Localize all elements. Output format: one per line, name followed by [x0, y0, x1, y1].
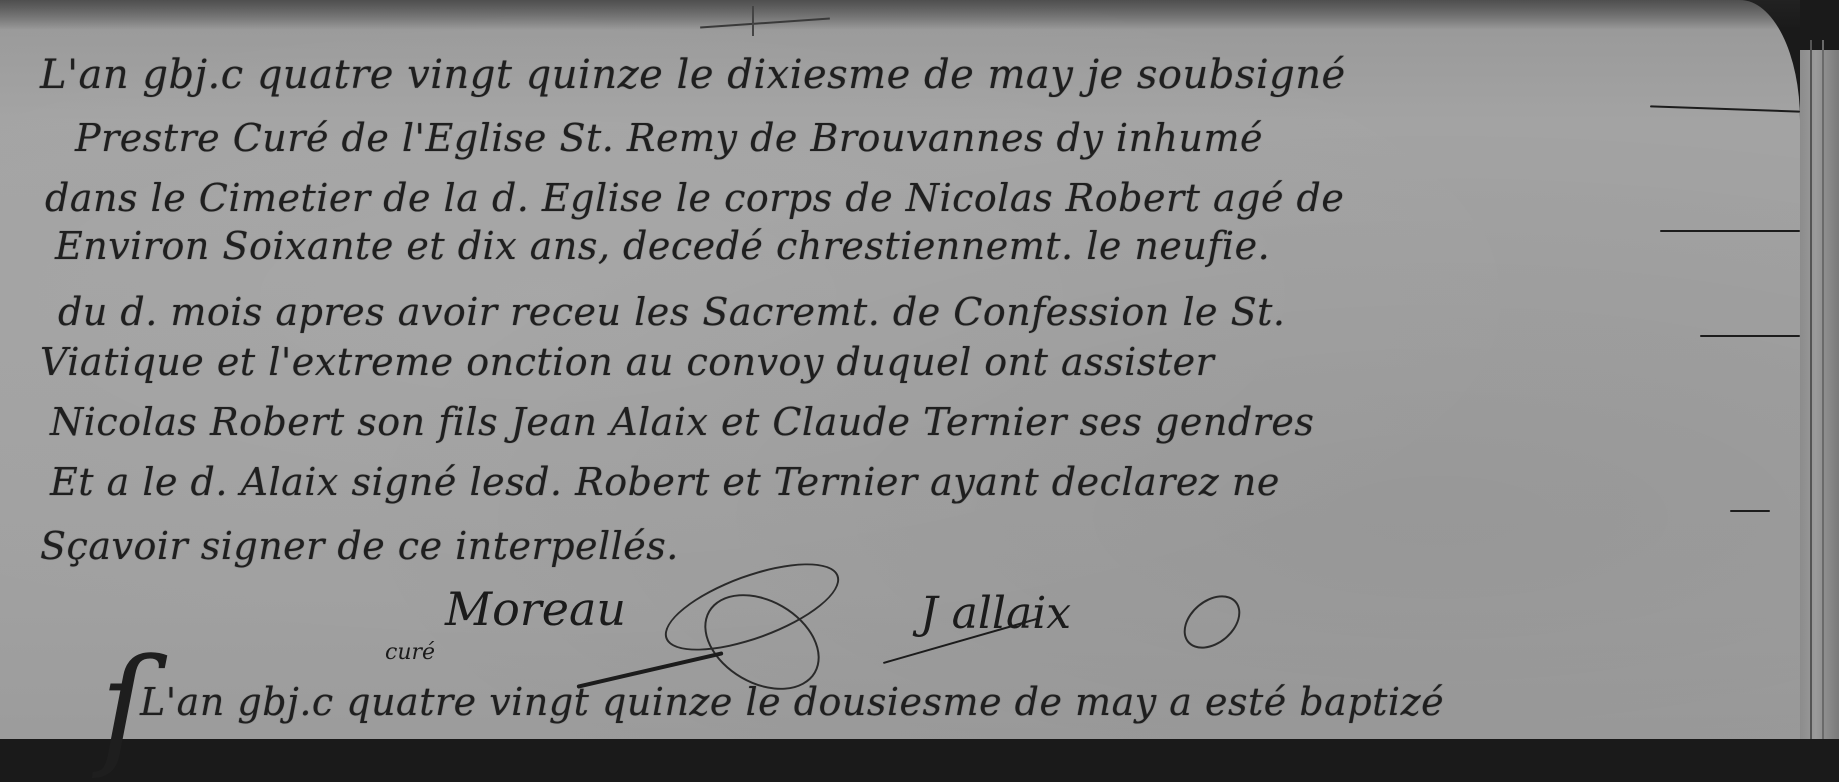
text-line-8: Et a le d. Alaix signé lesd. Robert et T… — [50, 460, 1280, 504]
page-edge — [1800, 50, 1839, 739]
page-top-tick — [752, 6, 754, 36]
text-line-5: du d. mois apres avoir receu les Sacremt… — [58, 290, 1285, 334]
text-line-6: Viatique et l'extreme onction au convoy … — [40, 340, 1214, 384]
page-edge-line — [1822, 40, 1824, 739]
text-line-9: Sçavoir signer de ce interpellés. — [40, 524, 679, 568]
text-line-1: L'an gbj.c quatre vingt quinze le dixies… — [40, 52, 1346, 98]
text-line-2: Prestre Curé de l'Eglise St. Remy de Bro… — [75, 116, 1263, 160]
line-filler-stroke — [1700, 335, 1800, 337]
text-line-7: Nicolas Robert son fils Jean Alaix et Cl… — [50, 400, 1314, 444]
signature-cure: Moreau — [445, 582, 626, 636]
page-top-mark — [700, 17, 830, 28]
text-line-3: dans le Cimetier de la d. Eglise le corp… — [45, 176, 1344, 220]
register-page: L'an gbj.c quatre vingt quinze le dixies… — [0, 0, 1800, 739]
page-edge-line — [1810, 40, 1812, 739]
witness-flourish — [1173, 585, 1250, 660]
signature-witness: J allaix — [920, 588, 1071, 639]
text-line-4: Environ Soixante et dix ans, decedé chre… — [55, 224, 1270, 268]
next-entry-line: L'an gbj.c quatre vingt quinze le dousie… — [140, 680, 1444, 724]
line-filler-stroke — [1730, 510, 1770, 512]
line-filler-stroke — [1660, 230, 1800, 232]
line-filler-stroke — [1650, 105, 1800, 112]
signature-cure-title: curé — [385, 640, 435, 665]
